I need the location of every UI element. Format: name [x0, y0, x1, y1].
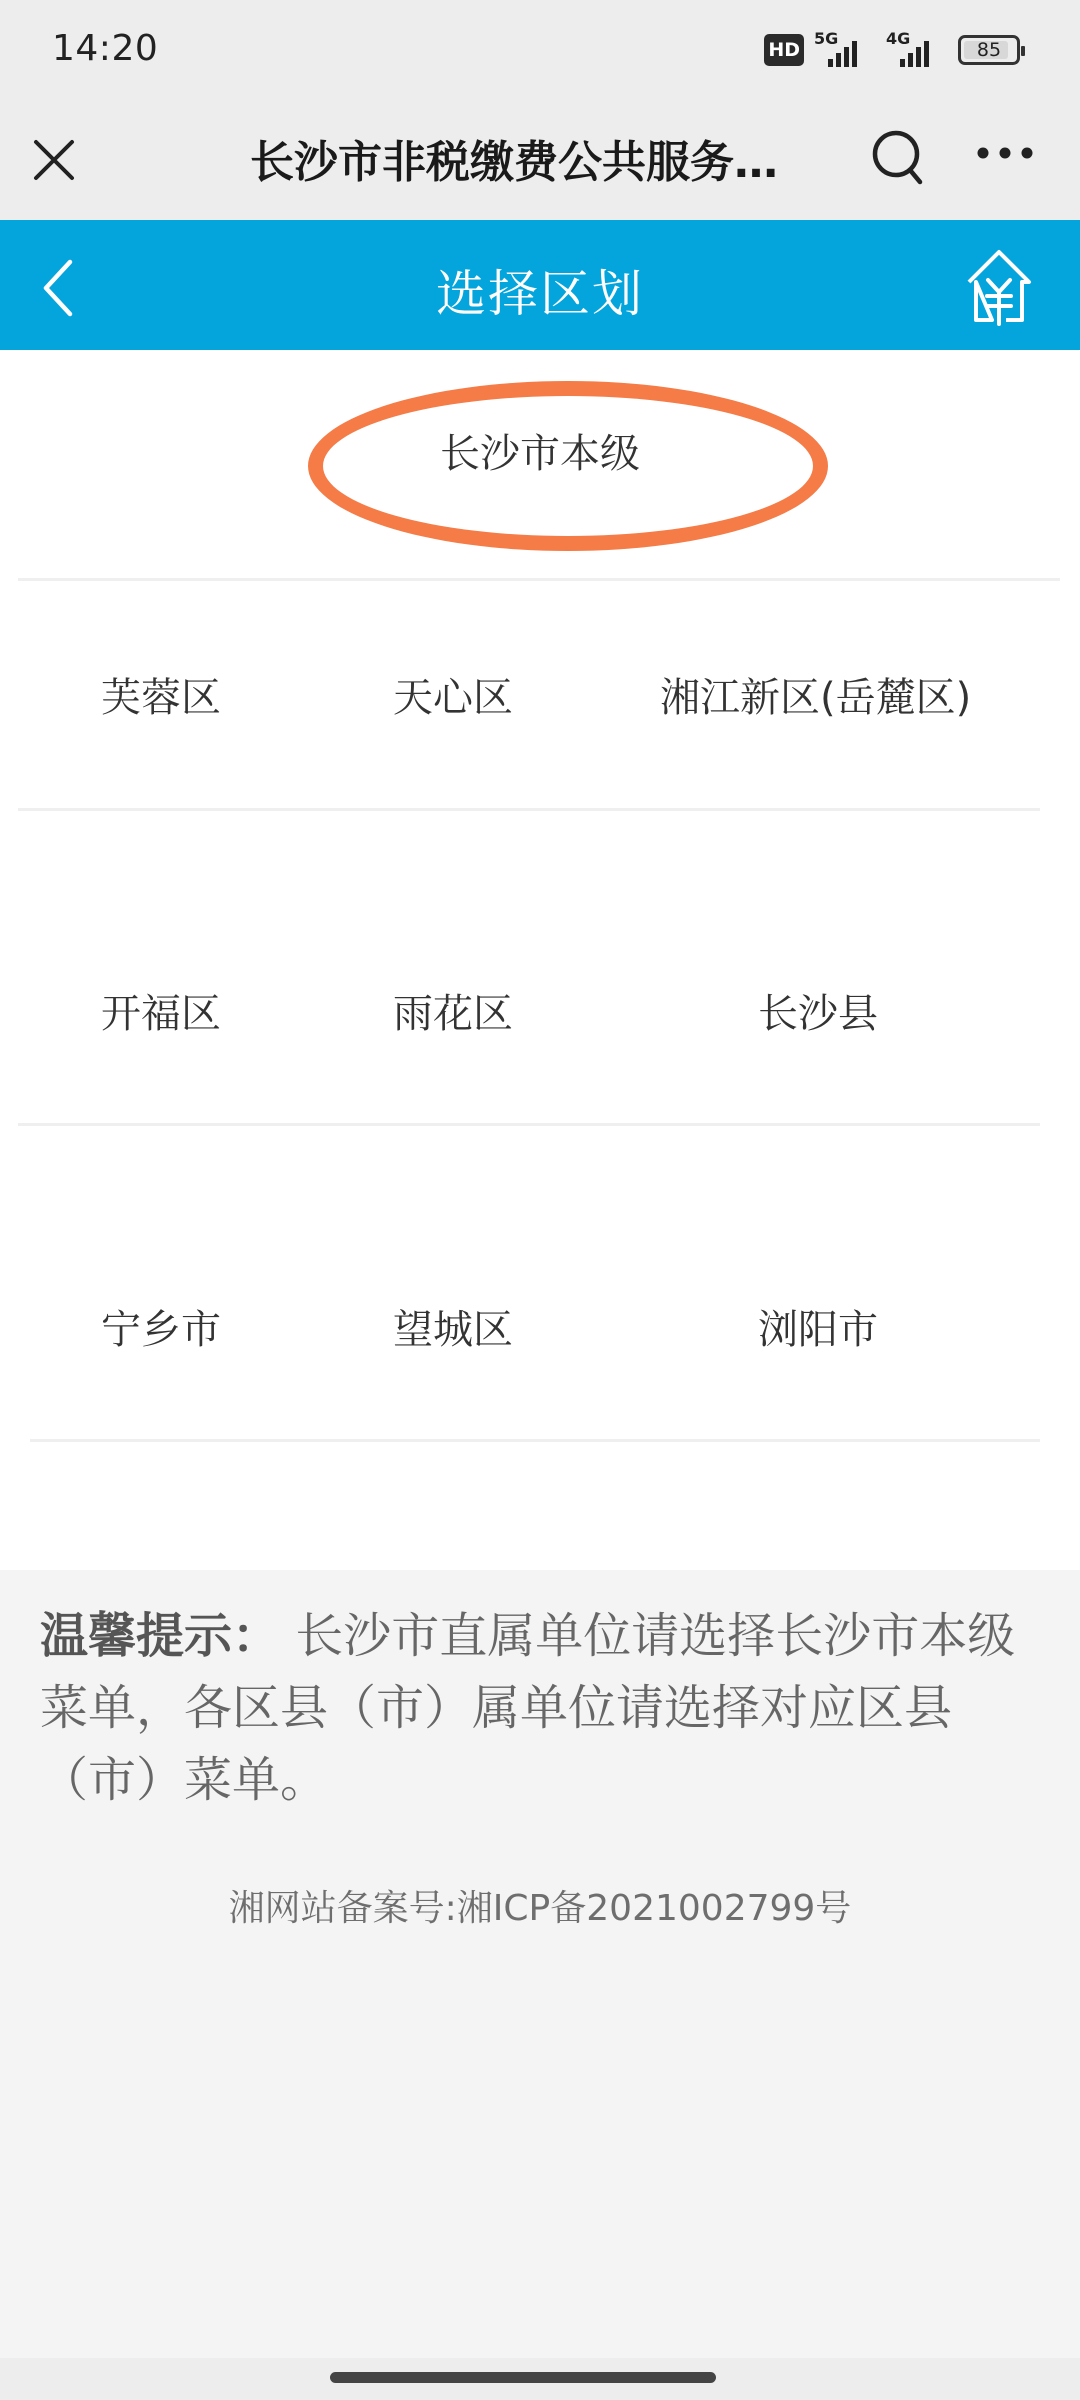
- tip-section: 温馨提示： 长沙市直属单位请选择长沙市本级菜单，各区县（市）属单位请选择对应区县…: [0, 1570, 1080, 2360]
- signal-5g-icon: 5G: [814, 33, 876, 67]
- header-title: 选择区划: [0, 254, 1080, 326]
- page-header: 选择区划: [0, 220, 1080, 350]
- home-indicator[interactable]: [330, 2372, 716, 2383]
- page-title: 长沙市非税缴费公共服务平台: [250, 126, 790, 190]
- divider: [18, 578, 1060, 581]
- district-furong[interactable]: 芙蓉区: [101, 666, 221, 723]
- home-yuan-icon[interactable]: [960, 246, 1038, 328]
- close-icon[interactable]: [30, 130, 80, 186]
- hd-voice-icon: HD: [764, 34, 804, 66]
- divider: [30, 1439, 1040, 1442]
- district-ningxiang[interactable]: 宁乡市: [101, 1298, 221, 1355]
- more-icon[interactable]: [975, 138, 1035, 168]
- signal-4g-icon: 4G: [886, 33, 948, 67]
- district-kaifu[interactable]: 开福区: [101, 982, 221, 1039]
- district-liuyang[interactable]: 浏阳市: [758, 1298, 878, 1355]
- status-icons: HD 5G 4G 85: [764, 32, 1020, 68]
- district-tianxin[interactable]: 天心区: [393, 666, 513, 723]
- tip-heading: 温馨提示：: [40, 1608, 280, 1664]
- district-yuhua[interactable]: 雨花区: [393, 982, 513, 1039]
- icp-record: 湘网站备案号:湘ICP备2021002799号: [0, 1880, 1080, 1931]
- district-wangcheng[interactable]: 望城区: [393, 1298, 513, 1355]
- divider: [18, 1123, 1040, 1126]
- city-level-button[interactable]: 长沙市本级: [0, 350, 1080, 579]
- gesture-bar: [0, 2358, 1080, 2400]
- status-bar: 14:20 HD 5G 4G 85: [0, 0, 1080, 100]
- status-time: 14:20: [52, 28, 158, 69]
- battery-icon: 85: [958, 35, 1020, 65]
- district-changsha-county[interactable]: 长沙县: [758, 982, 878, 1039]
- tip-text: 温馨提示： 长沙市直属单位请选择长沙市本级菜单，各区县（市）属单位请选择对应区县…: [40, 1600, 1045, 1816]
- divider: [18, 808, 1040, 811]
- browser-nav-bar: 长沙市非税缴费公共服务平台: [0, 100, 1080, 220]
- region-selection-panel: 长沙市本级 芙蓉区 天心区 湘江新区(岳麓区) 开福区 雨花区 长沙县 宁乡市 …: [0, 350, 1080, 1570]
- city-level-label: 长沙市本级: [440, 422, 640, 479]
- district-xiangjiang-yuelu[interactable]: 湘江新区(岳麓区): [660, 666, 971, 723]
- battery-level: 85: [977, 39, 1001, 61]
- search-icon[interactable]: [868, 124, 928, 190]
